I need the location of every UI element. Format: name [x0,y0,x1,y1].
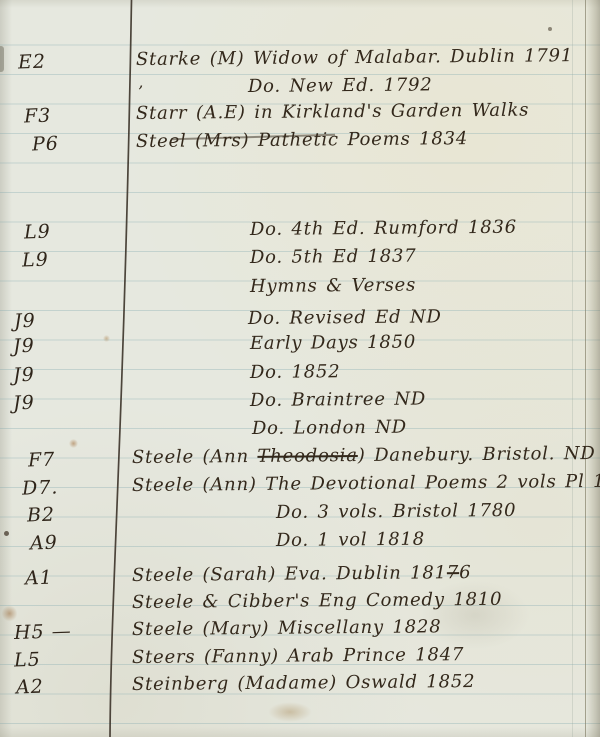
entry-text: Steele (Sarah) Eva. Dublin 18176 [132,562,472,586]
shelfmark-label: A9 [30,532,59,555]
shelfmark-label: P6 [32,133,60,156]
entry-text: Steinberg (Madame) Oswald 1852 [132,671,476,695]
shelfmark-label: B2 [27,504,56,527]
page-edge-shadow [585,0,600,737]
entry-text: Starke (M) Widow of Malabar. Dublin 1791 [136,45,573,70]
entry-text: Steers (Fanny) Arab Prince 1847 [132,644,464,668]
entry-text: Do. New Ed. 1792 [248,74,433,97]
shelfmark-label: A2 [16,676,45,699]
entry-text-segment: 6 [459,562,471,583]
shelfmark-label: L5 [14,649,41,672]
entry-text: Steele (Ann Theodosia) Danebury. Bristol… [132,443,596,468]
entry-text: Starr (A.E) in Kirkland's Garden Walks [136,100,529,124]
shelfmark-label: D7. [22,476,59,499]
shelfmark-label: L9 [24,221,51,244]
entry-text: Do. 3 vols. Bristol 1780 [276,500,517,523]
entry-text: Early Days 1850 [250,332,416,354]
struck-word: 7 [447,562,459,583]
entry-text-segment: Steele (Ann [132,446,258,468]
shelfmark-label: J9 [14,310,36,333]
ledger-scan-page: E2Starke (M) Widow of Malabar. Dublin 17… [0,0,600,737]
shelfmark-label: L9 [22,249,49,272]
shelfmark-label: E2 [18,51,47,74]
entry-text-segment: Steele (Sarah) Eva. Dublin 181 [132,562,447,586]
entry-text: Do. Revised Ed ND [248,306,442,329]
shelfmark-label: H5 — [14,620,72,644]
page-edge-line [572,0,573,737]
entry-text: Do. 5th Ed 1837 [250,246,417,268]
shelfmark-label: F3 [24,105,52,128]
entry-text: Do. 1852 [250,361,341,383]
shelfmark-label: J9 [13,392,35,415]
entry-text: Steele (Ann) The Devotional Poems 2 vols… [132,471,600,496]
shelfmark-label: J9 [13,335,35,358]
entry-text: Do. 1 vol 1818 [276,529,425,551]
stray-tick-mark: ’ [138,82,143,101]
shelfmark-label: J9 [13,364,35,387]
entry-text-segment: ) Danebury. Bristol. ND [358,443,596,466]
entry-text: Steele & Cibber's Eng Comedy 1810 [132,589,503,613]
entry-text: Hymns & Verses [250,275,416,297]
entry-text: Do. London ND [252,417,407,439]
entry-text: Steele (Mary) Miscellany 1828 [132,616,442,640]
shelfmark-label: F7 [28,449,56,472]
entry-text: Steel (Mrs) Pathetic Poems 1834 [136,128,468,152]
entry-text: Do. Braintree ND [250,388,426,411]
struck-word: Theodosia [257,445,358,467]
shelfmark-label: A1 [25,567,54,590]
entry-text: Do. 4th Ed. Rumford 1836 [250,217,517,240]
